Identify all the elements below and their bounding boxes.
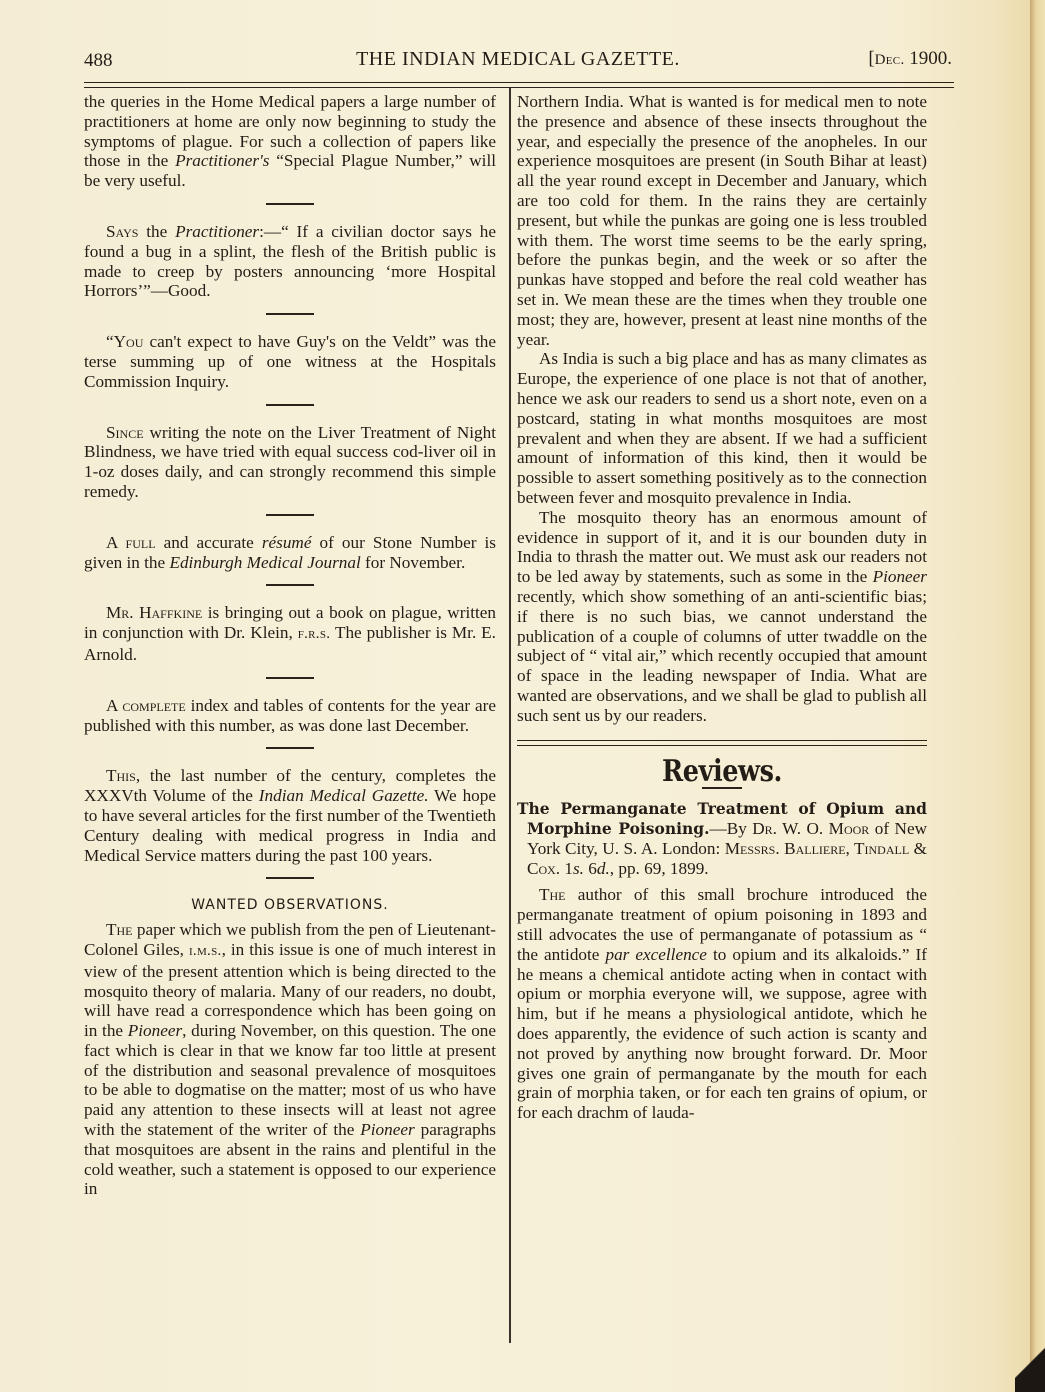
- paragraph-index: A complete index and tables of contents …: [84, 696, 496, 736]
- italic-text: Indian Medical Gazette.: [259, 786, 429, 805]
- reviews-heading: Reviews.: [548, 762, 897, 782]
- text: The mosquito theory has an enormous amou…: [517, 508, 927, 586]
- issue-date: [Dec. 1900.: [868, 48, 952, 70]
- text: and accurate: [156, 533, 262, 552]
- date-month: Dec.: [875, 52, 905, 68]
- text: , pp. 69, 1899.: [610, 859, 709, 878]
- abbreviation: i.m.s.: [189, 943, 222, 959]
- abbreviation: f.r.s.: [298, 626, 331, 642]
- header-double-rule: [84, 82, 954, 88]
- italic-text: Pioneer: [360, 1120, 414, 1139]
- paragraph-haffkine: Mr. Haffkine is bringing out a book on p…: [84, 603, 496, 664]
- running-header: 488 THE INDIAN MEDICAL GAZETTE. [Dec. 19…: [84, 44, 952, 74]
- text: for November.: [361, 553, 466, 572]
- separator-rule: [266, 404, 314, 406]
- open-quote: “: [106, 332, 114, 351]
- left-column: the queries in the Home Medical papers a…: [84, 92, 496, 1199]
- lead-word: This: [106, 766, 136, 785]
- separator-rule: [266, 584, 314, 586]
- section-heading-wanted-observations: WANTED OBSERVATIONS.: [84, 896, 496, 916]
- section-double-rule: [517, 740, 927, 746]
- paragraph-wanted-observations: The paper which we publish from the pen …: [84, 920, 496, 1199]
- paragraph-last-number: This, the last number of the century, co…: [84, 766, 496, 865]
- italic-text: Pioneer: [128, 1021, 182, 1040]
- review-author: Dr. W. O. Moor: [752, 819, 869, 838]
- paragraph-mosquito-theory: The mosquito theory has an enormous amou…: [517, 508, 927, 726]
- paragraph-plague-papers: the queries in the Home Medical papers a…: [84, 92, 496, 191]
- separator-rule: [266, 514, 314, 516]
- right-column: Northern India. What is wanted is for me…: [517, 92, 927, 1123]
- page-fold-edge: [1030, 0, 1045, 1392]
- separator-rule: [266, 747, 314, 749]
- italic-text: Practitioner's: [175, 151, 269, 170]
- review-body: The author of this small brochure introd…: [517, 885, 927, 1123]
- text: to opium and its alkaloids.” If he means…: [517, 945, 927, 1122]
- paragraph-night-blindness: Since writing the note on the Liver Trea…: [84, 423, 496, 502]
- italic-text: Practitioner: [175, 222, 259, 241]
- text: recently, which show something of an ant…: [517, 587, 927, 725]
- review-citation: The Permanganate Treatment of Opium and …: [517, 799, 927, 878]
- separator-rule: [266, 877, 314, 879]
- text: —By: [710, 819, 753, 838]
- paragraph-stone-number: A full and accurate résumé of our Stone …: [84, 533, 496, 573]
- italic-text: résumé: [262, 533, 312, 552]
- paragraph-climates: As India is such a big place and has as …: [517, 349, 927, 507]
- text: writing the note on the Liver Treatment …: [84, 423, 496, 501]
- lead-word: Mr. Haffkine: [106, 603, 202, 622]
- italic-text: Pioneer: [873, 567, 927, 586]
- paragraph-northern-india: Northern India. What is wanted is for me…: [517, 92, 927, 349]
- separator-rule: [266, 313, 314, 315]
- journal-title: THE INDIAN MEDICAL GAZETTE.: [84, 48, 952, 71]
- italic-text: par excellence: [605, 945, 706, 964]
- lead-word: A complete: [106, 696, 186, 715]
- date-year: 1900.: [909, 48, 952, 69]
- italic-text: Edinburgh Medical Journal: [169, 553, 360, 572]
- text: can't expect to have Guy's on the Veldt”…: [84, 332, 496, 391]
- lead-word: A full: [106, 533, 156, 552]
- lead-word: Says: [106, 222, 138, 241]
- paragraph-practitioner-quote: Says the Practitioner:—“ If a civilian d…: [84, 222, 496, 301]
- separator-rule: [266, 203, 314, 205]
- lead-word: You: [114, 332, 144, 351]
- separator-rule: [266, 677, 314, 679]
- italic-text: d.: [597, 859, 610, 878]
- text: the: [138, 222, 175, 241]
- column-divider: [509, 88, 511, 1343]
- lead-word: The: [539, 885, 566, 904]
- journal-page: 488 THE INDIAN MEDICAL GAZETTE. [Dec. 19…: [0, 0, 1045, 1392]
- italic-text: s.: [573, 859, 584, 878]
- lead-word: Since: [106, 423, 144, 442]
- text: 1: [560, 859, 573, 878]
- paragraph-guys-veldt: “You can't expect to have Guy's on the V…: [84, 332, 496, 391]
- lead-word: The: [106, 920, 133, 939]
- page-corner-shadow: [1015, 1332, 1045, 1392]
- text: 6: [584, 859, 597, 878]
